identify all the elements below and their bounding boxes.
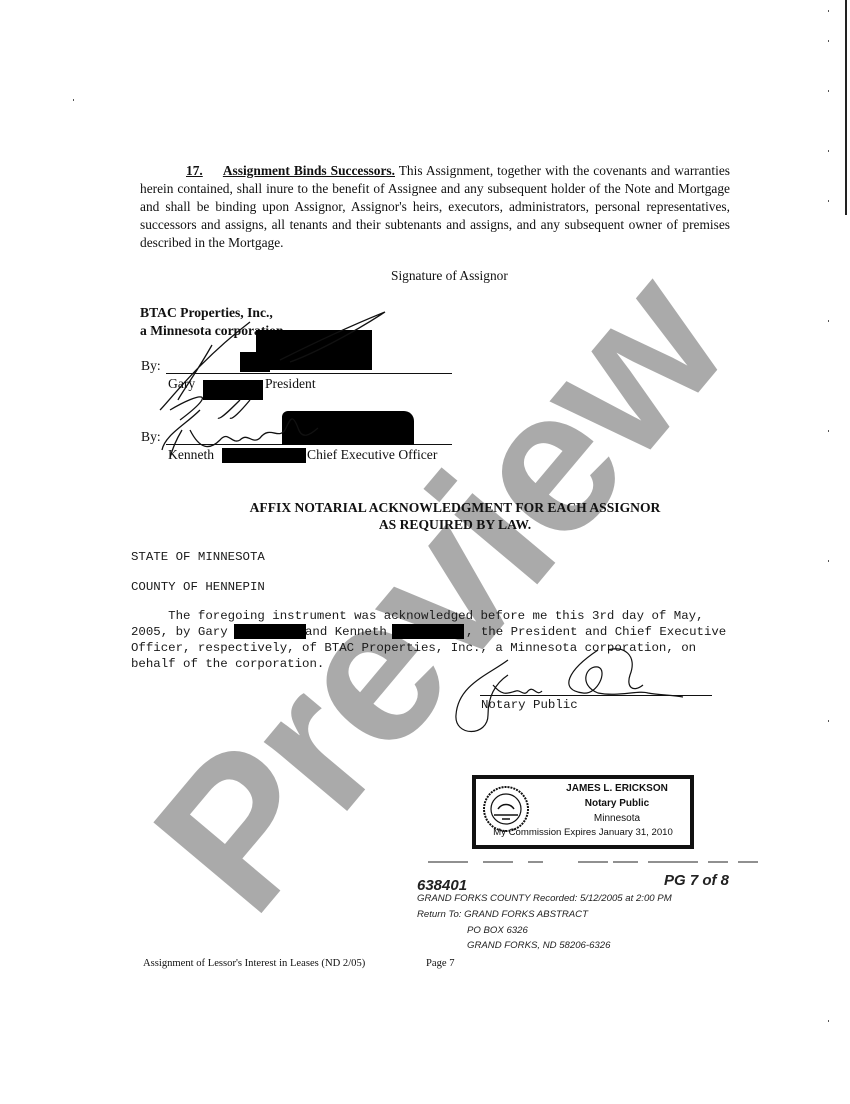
notary-state: Minnesota	[546, 813, 688, 824]
redaction-bar	[392, 624, 464, 639]
scan-speck	[828, 430, 829, 432]
scan-speck	[828, 90, 829, 92]
recording-dashed-rule	[428, 855, 763, 865]
notary-commission-expiry: My Commission Expires January 31, 2010	[478, 827, 688, 838]
footer-form-title: Assignment of Lessor's Interest in Lease…	[143, 958, 365, 969]
acknowledgment-line-2c: , the President and Chief Executive	[466, 624, 726, 640]
recording-address-line-1: PO BOX 6326	[467, 925, 528, 936]
redaction-bar	[234, 624, 306, 639]
notary-handwritten-signature	[448, 645, 688, 740]
acknowledgment-line-4: behalf of the corporation.	[131, 656, 324, 672]
scan-speck	[828, 320, 829, 322]
heading-line-2: AS REQUIRED BY LAW.	[160, 516, 750, 533]
scan-speck	[73, 99, 74, 101]
venue-county: COUNTY OF HENNEPIN	[131, 579, 265, 595]
section-number: 17.	[140, 163, 203, 178]
scan-speck	[828, 720, 829, 722]
acknowledgment-line-2a: 2005, by Gary	[131, 624, 228, 640]
section-heading: Assignment Binds Successors.	[223, 163, 395, 178]
notary-seal-stamp: JAMES L. ERICKSON Notary Public Minnesot…	[472, 775, 694, 849]
state-seal-emblem-icon	[482, 785, 530, 833]
recording-document-number: 638401	[417, 877, 467, 894]
scan-speck	[828, 1020, 829, 1022]
recording-address-line-2: GRAND FORKS, ND 58206-6326	[467, 940, 610, 951]
footer-page-number: Page 7	[426, 958, 455, 969]
scan-speck	[828, 560, 829, 562]
venue-state: STATE OF MINNESOTA	[131, 549, 265, 565]
notarial-acknowledgment-heading: AFFIX NOTARIAL ACKNOWLEDGMENT FOR EACH A…	[160, 499, 750, 533]
notary-title: Notary Public	[546, 798, 688, 809]
scan-speck	[828, 200, 829, 202]
scan-speck	[828, 40, 829, 42]
acknowledgment-line-1: The foregoing instrument was acknowledge…	[131, 608, 704, 624]
scan-speck	[828, 10, 829, 12]
scan-speck	[828, 150, 829, 152]
section-17-paragraph: 17. Assignment Binds Successors. This As…	[140, 162, 730, 252]
recording-county-date: GRAND FORKS COUNTY Recorded: 5/12/2005 a…	[417, 893, 672, 904]
heading-line-1: AFFIX NOTARIAL ACKNOWLEDGMENT FOR EACH A…	[160, 499, 750, 516]
notary-name: JAMES L. ERICKSON	[546, 783, 688, 794]
acknowledgment-line-2b: and Kenneth	[305, 624, 387, 640]
signature-of-assignor-label: Signature of Assignor	[391, 268, 508, 284]
recording-page-indicator: PG 7 of 8	[664, 872, 729, 889]
assignor-handwritten-signatures	[140, 300, 480, 480]
recording-return-to: Return To: GRAND FORKS ABSTRACT	[417, 909, 588, 920]
scan-edge-artifact	[845, 0, 847, 215]
